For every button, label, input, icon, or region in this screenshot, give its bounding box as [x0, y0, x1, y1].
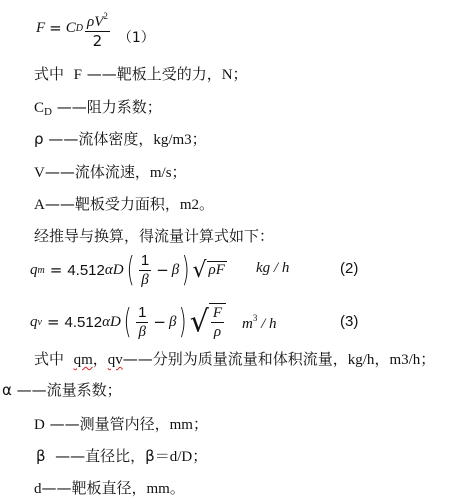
formula-1-numerator: ρV2: [85, 7, 110, 32]
formula-1: F = CD ρV2 2 （1）: [36, 6, 155, 50]
formula-2: qm = 4.512αD ( 1 β − β ) √ρF: [30, 246, 227, 294]
intro-text: 经推导与换算，得流量计算式如下：: [34, 226, 274, 246]
formula-3-lhs: q: [30, 314, 38, 331]
formula-2-beta: β: [172, 262, 179, 279]
formula-2-vars: αD: [105, 262, 124, 279]
left-paren-icon: (: [123, 302, 131, 342]
formula-1-equals: =: [49, 19, 62, 37]
formula-3-minus: −: [153, 313, 166, 331]
formula-1-number: （1）: [118, 27, 155, 47]
formula-2-fraction: 1 β: [139, 252, 151, 289]
formula-2-minus: −: [156, 261, 169, 279]
formula-3-coef: 4.512: [65, 314, 103, 331]
definition-pipe-diameter: D ——测量管内径，mm；: [34, 414, 208, 435]
formula-3-sqrt: √Fρ: [190, 303, 226, 341]
formula-3-lhs-sub: v: [38, 317, 42, 328]
formula-3-equals: =: [47, 313, 60, 331]
sqrt-icon: √: [190, 305, 209, 340]
left-paren-icon: (: [126, 250, 134, 290]
formula-3: qv = 4.512αD ( 1 β − β ) √Fρ: [30, 296, 226, 348]
formula-2-unit: kg / h: [256, 260, 289, 277]
formula-3-unit: m3 / h: [242, 313, 277, 333]
formula-2-sqrt: √ρF: [193, 258, 227, 283]
formula-2-coef: 4.512: [67, 262, 105, 279]
formula-2-equals: =: [50, 261, 63, 279]
formula-3-beta: β: [169, 314, 176, 331]
definition-velocity: V——流体流速，m/s；: [34, 162, 187, 183]
right-paren-icon: ): [179, 302, 187, 342]
definition-target-diameter: d——靶板直径，mm。: [34, 478, 185, 499]
definition-force: 式中 F ——靶板上受的力，N；: [34, 64, 248, 85]
definition-flow-coefficient: α ——流量系数；: [2, 380, 122, 400]
formula-2-number: (2): [340, 260, 358, 277]
formula-1-denominator: 2: [85, 32, 110, 50]
definition-flow-rates: 式中 qm，qv——分别为质量流量和体积流量，kg/h，m3/h；: [34, 349, 435, 370]
formula-2-lhs-sub: m: [38, 265, 45, 276]
formula-1-coef-sub: D: [76, 23, 83, 34]
definition-diameter-ratio: β ——直径比，β＝d/D；: [36, 446, 207, 467]
formula-1-fraction: ρV2 2: [85, 7, 110, 50]
formula-3-fraction: 1 β: [136, 304, 148, 341]
formula-3-number: (3): [340, 313, 358, 330]
definition-drag-coefficient: CD ——阻力系数；: [34, 97, 162, 122]
sqrt-icon: √: [193, 258, 207, 283]
formula-3-vars: αD: [102, 314, 121, 331]
definition-area: A——靶板受力面积，m2。: [34, 194, 214, 215]
formula-1-coef: C: [66, 20, 76, 37]
definition-density: ρ ——流体密度，kg/m3；: [34, 129, 207, 150]
formula-2-lhs: q: [30, 262, 38, 279]
formula-1-lhs: F: [36, 20, 45, 37]
right-paren-icon: ): [182, 250, 190, 290]
